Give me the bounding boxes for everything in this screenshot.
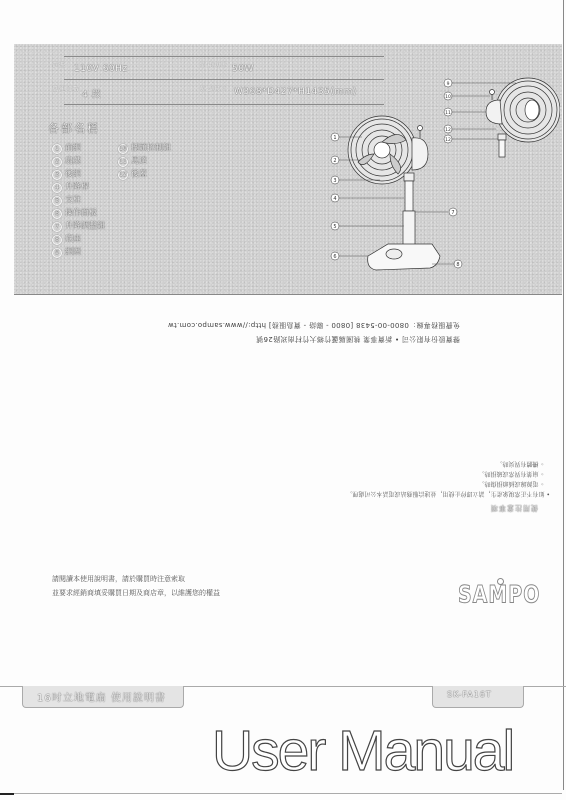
safety-title: 使用注意事項: [490, 503, 538, 513]
svg-text:6: 6: [333, 254, 336, 260]
product-title-tab: 16吋立地電扇 使用說明書: [22, 686, 184, 708]
parts-label: 底座: [65, 234, 81, 243]
safety-line: • 如有不正常現象產生，請立即停止使用，並速洽服務站或電話本公司處理。: [300, 488, 550, 498]
parts-label: 馬達: [131, 156, 147, 165]
model-tab: SK-FA16T: [432, 686, 524, 708]
svg-text:8: 8: [456, 262, 459, 268]
parts-number-badge: 11: [118, 157, 128, 167]
parts-item: 1前網: [52, 142, 81, 154]
svg-text:12: 12: [445, 137, 451, 143]
model-number: SK-FA16T: [447, 690, 492, 699]
notice-line-2: 並要求經銷商填妥購買日期及商店章，以維護您的權益: [52, 588, 220, 598]
svg-text:5: 5: [333, 224, 336, 230]
parts-title: 各部名稱: [48, 120, 100, 136]
svg-text:3: 3: [333, 178, 336, 184]
safety-notes: • 如有不正常現象產生，請立即停止使用，並速洽服務站或電話本公司處理。 ◦ 電源…: [300, 458, 550, 498]
parts-number-badge: 2: [52, 157, 62, 167]
parts-number-badge: 12: [118, 170, 128, 180]
svg-text:12: 12: [445, 127, 451, 133]
power-label: 消耗功率: [200, 60, 228, 69]
parts-number-badge: 3: [52, 170, 62, 180]
page-edge-bottom: [14, 793, 562, 794]
parts-label: 升降調整鈕: [65, 221, 105, 230]
spec-divider: [64, 56, 384, 57]
parts-item: 10擺頭控制鈕: [118, 142, 171, 154]
parts-item: 2扇葉: [52, 155, 81, 167]
svg-text:2: 2: [333, 158, 336, 164]
parts-label: 升降桿: [65, 182, 89, 191]
parts-item: 4升降桿: [52, 181, 89, 193]
parts-item: 5支柱: [52, 194, 81, 206]
parts-item: 7升降調整鈕: [52, 220, 105, 232]
title-rule: [524, 686, 566, 687]
parts-number-badge: 10: [118, 144, 128, 154]
parts-label: 擺頭控制鈕: [131, 143, 171, 152]
svg-text:7: 7: [451, 210, 454, 216]
power-value: 50W: [232, 64, 254, 74]
main-fan-illustration: 1 2 3 4 5 6 7 8: [331, 116, 462, 270]
safety-line: ◦ 電源線或插頭損傷時。: [300, 478, 550, 488]
service-hotline: 免費服務專線：0800-00-5438 [0800 - 聯絡 - 寶島服務] h…: [120, 318, 460, 332]
parts-number-badge: 6: [52, 209, 62, 219]
manual-title: User Manual: [212, 718, 513, 784]
parts-label: 後蓋: [131, 169, 147, 178]
voltage-value: 110V 60Hz: [74, 64, 128, 74]
parts-item: 6操作面板: [52, 207, 97, 219]
parts-item: 11馬達: [118, 155, 147, 167]
brand-logo: SAMPO: [458, 581, 540, 609]
parts-item: 8底座: [52, 233, 81, 245]
voltage-label: 電源: [52, 60, 66, 69]
parts-number-badge: 7: [52, 222, 62, 232]
parts-number-badge: 1: [52, 144, 62, 154]
title-rule: [184, 686, 432, 687]
parts-label: 後網: [65, 169, 81, 178]
rear-fan-illustration: 9 10 11 12 12: [444, 78, 560, 157]
fan-diagram: 1 2 3 4 5 6 7 8: [320, 70, 560, 280]
svg-text:10: 10: [445, 94, 451, 100]
parts-number-badge: 8: [52, 235, 62, 245]
parts-item: 9網圈: [52, 246, 81, 258]
parts-label: 網圈: [65, 247, 81, 256]
size-label: 外觀尺寸: [200, 84, 228, 93]
parts-item: 12後蓋: [118, 168, 147, 180]
parts-label: 操作面板: [65, 208, 97, 217]
contact-block: 聲寶股份有限公司 • 新寶事業 桃園縣蘆竹鄉大竹村南崁路26號 免費服務專線：0…: [120, 318, 460, 346]
speed-value: 4 段: [82, 87, 101, 100]
crop-mark: [0, 793, 14, 795]
notice-line-1: 請閱讀本使用說明書，請於購買時注意索取: [52, 574, 185, 584]
safety-line: ◦ 機體有異臭時。: [300, 458, 550, 468]
svg-text:4: 4: [333, 196, 336, 202]
parts-number-badge: 9: [52, 248, 62, 258]
speed-label: 風速段數: [52, 84, 80, 93]
title-rule: [0, 686, 22, 687]
parts-number-badge: 4: [52, 183, 62, 193]
parts-label: 扇葉: [65, 156, 81, 165]
svg-text:11: 11: [445, 110, 451, 116]
safety-line: ◦ 扇葉有異常或破損時。: [300, 468, 550, 478]
parts-item: 3後網: [52, 168, 81, 180]
svg-text:1: 1: [333, 135, 336, 141]
parts-label: 前網: [65, 143, 81, 152]
parts-label: 支柱: [65, 195, 81, 204]
parts-number-badge: 5: [52, 196, 62, 206]
company-address: 聲寶股份有限公司 • 新寶事業 桃園縣蘆竹鄉大竹村南崁路26號: [120, 332, 460, 346]
product-title: 16吋立地電扇 使用說明書: [37, 689, 166, 704]
page-edge-right: [563, 0, 564, 790]
svg-text:9: 9: [447, 81, 450, 87]
